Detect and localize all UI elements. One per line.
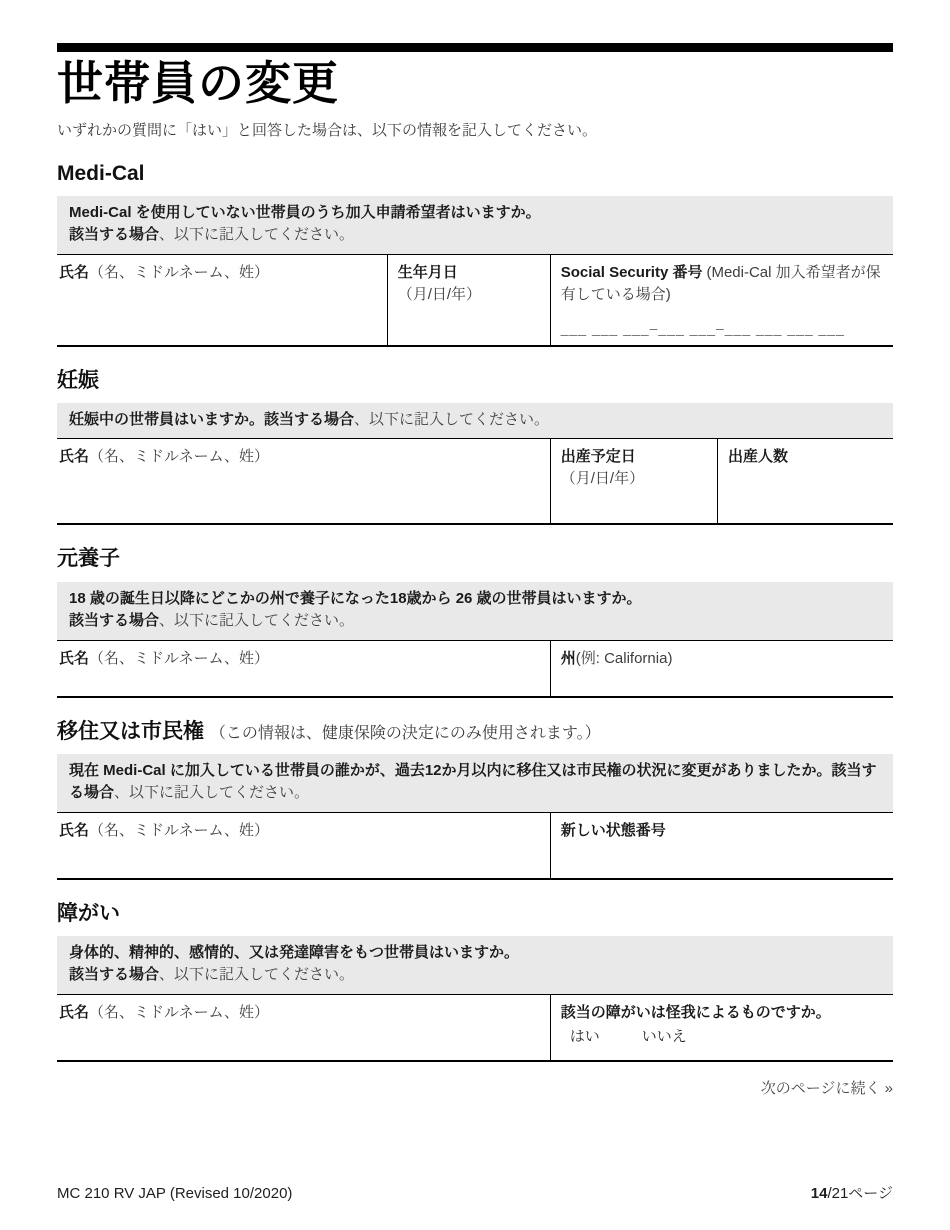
instruction-question: 妊娠中の世帯員はいますか。該当する場合 xyxy=(69,411,354,428)
section-pregnancy-heading: 妊娠 xyxy=(57,368,893,393)
section-immigration-instruction: 現在 Medi-Cal に加入している世帯員の誰かが、過去12か月以内に移住又は… xyxy=(57,754,893,812)
instruction-directive: 、以下に記入してください。 xyxy=(159,612,354,629)
due-date-field-label: 出産予定日 xyxy=(561,448,636,465)
name-field-cell: 氏名（名、ミドルネーム、姓） xyxy=(57,439,550,525)
state-field-note: (例: California) xyxy=(576,650,673,667)
name-field-label: 氏名 xyxy=(59,650,89,667)
section-medical-instruction: Medi-Cal を使用していない世帯員のうち加入申請希望者はいますか。 該当す… xyxy=(57,196,893,254)
name-field-note: （名、ミドルネーム、姓） xyxy=(89,1004,269,1021)
section-immigration: 移住又は市民権 （この情報は、健康保険の決定にのみ使用されます。） 現在 Med… xyxy=(57,719,893,880)
section-disability: 障がい 身体的、精神的、感情的、又は発達障害をもつ世帯員はいますか。 該当する場… xyxy=(57,901,893,1062)
section-former-foster-instruction: 18 歳の誕生日以降にどこかの州で養子になった18歳から 26 歳の世帯員はいま… xyxy=(57,582,893,640)
header-rule-bar xyxy=(57,43,893,52)
instruction-condition: 該当する場合 xyxy=(69,226,159,243)
name-field-note: （名、ミドルネーム、姓） xyxy=(89,650,269,667)
name-field-cell: 氏名（名、ミドルネーム、姓） xyxy=(57,812,550,879)
yes-no-options: はいいいえ xyxy=(561,1026,883,1048)
name-field-label: 氏名 xyxy=(59,1004,89,1021)
immigration-table: 氏名（名、ミドルネーム、姓） 新しい状態番号 xyxy=(57,812,893,880)
page-number: 14/21ページ xyxy=(811,1182,893,1203)
name-field-cell: 氏名（名、ミドルネーム、姓） xyxy=(57,254,387,345)
page-subtitle: いずれかの質問に「はい」と回答した場合は、以下の情報を記入してください。 xyxy=(57,119,893,140)
section-immigration-heading: 移住又は市民権 （この情報は、健康保険の決定にのみ使用されます。） xyxy=(57,719,893,744)
section-medical: Medi-Cal Medi-Cal を使用していない世帯員のうち加入申請希望者は… xyxy=(57,161,893,347)
due-date-field-cell: 出産予定日 （月/日/年） xyxy=(550,439,717,525)
dob-field-label: 生年月日 xyxy=(398,264,458,281)
instruction-directive: 、以下に記入してください。 xyxy=(354,411,549,428)
name-field-label: 氏名 xyxy=(59,822,89,839)
state-field-label: 州 xyxy=(561,650,576,667)
name-field-note: （名、ミドルネーム、姓） xyxy=(89,264,269,281)
section-disability-instruction: 身体的、精神的、感情的、又は発達障害をもつ世帯員はいますか。 該当する場合、以下… xyxy=(57,936,893,994)
section-pregnancy: 妊娠 妊娠中の世帯員はいますか。該当する場合、以下に記入してください。 氏名（名… xyxy=(57,368,893,526)
name-field-cell: 氏名（名、ミドルネーム、姓） xyxy=(57,640,550,697)
instruction-question: 身体的、精神的、感情的、又は発達障害をもつ世帯員はいますか。 xyxy=(69,944,519,961)
ssn-fill-blanks: ___ ___ ___–___ ___–___ ___ ___ ___ xyxy=(561,318,883,338)
section-medical-heading: Medi-Cal xyxy=(57,161,893,186)
name-field-note: （名、ミドルネーム、姓） xyxy=(89,822,269,839)
instruction-condition: 該当する場合 xyxy=(69,966,159,983)
dob-field-note: （月/日/年） xyxy=(398,284,540,306)
page-number-current: 14 xyxy=(811,1185,828,1202)
section-disability-heading: 障がい xyxy=(57,901,893,926)
instruction-question: 18 歳の誕生日以降にどこかの州で養子になった18歳から 26 歳の世帯員はいま… xyxy=(69,590,642,607)
due-date-field-note: （月/日/年） xyxy=(561,468,707,490)
no-option: いいえ xyxy=(642,1028,687,1045)
medical-table: 氏名（名、ミドルネーム、姓） 生年月日 （月/日/年） Social Secur… xyxy=(57,254,893,347)
new-status-field-label: 新しい状態番号 xyxy=(561,822,666,839)
table-row: 氏名（名、ミドルネーム、姓） 出産予定日 （月/日/年） 出産人数 xyxy=(57,439,893,525)
page-title: 世帯員の変更 xyxy=(57,59,893,109)
table-row: 氏名（名、ミドルネーム、姓） 該当の障がいは怪我によるものですか。 はいいいえ xyxy=(57,994,893,1061)
name-field-cell: 氏名（名、ミドルネーム、姓） xyxy=(57,994,550,1061)
ssn-field-label: Social Security 番号 xyxy=(561,264,703,281)
pregnancy-table: 氏名（名、ミドルネーム、姓） 出産予定日 （月/日/年） 出産人数 xyxy=(57,438,893,525)
section-pregnancy-instruction: 妊娠中の世帯員はいますか。該当する場合、以下に記入してください。 xyxy=(57,403,893,439)
table-row: 氏名（名、ミドルネーム、姓） 新しい状態番号 xyxy=(57,812,893,879)
birth-count-field-label: 出産人数 xyxy=(728,448,788,465)
name-field-note: （名、ミドルネーム、姓） xyxy=(89,448,269,465)
instruction-directive: 、以下に記入してください。 xyxy=(159,226,354,243)
name-field-label: 氏名 xyxy=(59,448,89,465)
section-former-foster: 元養子 18 歳の誕生日以降にどこかの州で養子になった18歳から 26 歳の世帯… xyxy=(57,546,893,697)
form-number: MC 210 RV JAP (Revised 10/2020) xyxy=(57,1185,292,1202)
former-foster-table: 氏名（名、ミドルネーム、姓） 州(例: California) xyxy=(57,640,893,698)
form-page: 世帯員の変更 いずれかの質問に「はい」と回答した場合は、以下の情報を記入してくだ… xyxy=(0,0,950,1098)
page-footer: MC 210 RV JAP (Revised 10/2020) 14/21ページ xyxy=(57,1182,893,1203)
instruction-question: Medi-Cal を使用していない世帯員のうち加入申請希望者はいますか。 xyxy=(69,204,541,221)
continue-note: 次のページに続く » xyxy=(57,1077,893,1098)
instruction-directive: 、以下に記入してください。 xyxy=(159,966,354,983)
birth-count-field-cell: 出産人数 xyxy=(717,439,893,525)
state-field-cell: 州(例: California) xyxy=(550,640,893,697)
yes-option: はい xyxy=(570,1028,600,1045)
instruction-condition: 該当する場合 xyxy=(69,612,159,629)
name-field-label: 氏名 xyxy=(59,264,89,281)
table-row: 氏名（名、ミドルネーム、姓） 生年月日 （月/日/年） Social Secur… xyxy=(57,254,893,345)
disability-table: 氏名（名、ミドルネーム、姓） 該当の障がいは怪我によるものですか。 はいいいえ xyxy=(57,994,893,1062)
injury-question-label: 該当の障がいは怪我によるものですか。 xyxy=(561,1004,831,1021)
dob-field-cell: 生年月日 （月/日/年） xyxy=(387,254,550,345)
ssn-field-cell: Social Security 番号(Medi-Cal 加入希望者が保有している… xyxy=(550,254,893,345)
table-row: 氏名（名、ミドルネーム、姓） 州(例: California) xyxy=(57,640,893,697)
section-immigration-note: （この情報は、健康保険の決定にのみ使用されます。） xyxy=(210,725,601,742)
page-number-total: /21ページ xyxy=(827,1185,893,1202)
section-former-foster-heading: 元養子 xyxy=(57,546,893,571)
new-status-field-cell: 新しい状態番号 xyxy=(550,812,893,879)
injury-question-cell: 該当の障がいは怪我によるものですか。 はいいいえ xyxy=(550,994,893,1061)
instruction-directive: 、以下に記入してください。 xyxy=(114,784,309,801)
section-immigration-title: 移住又は市民権 xyxy=(57,720,204,743)
